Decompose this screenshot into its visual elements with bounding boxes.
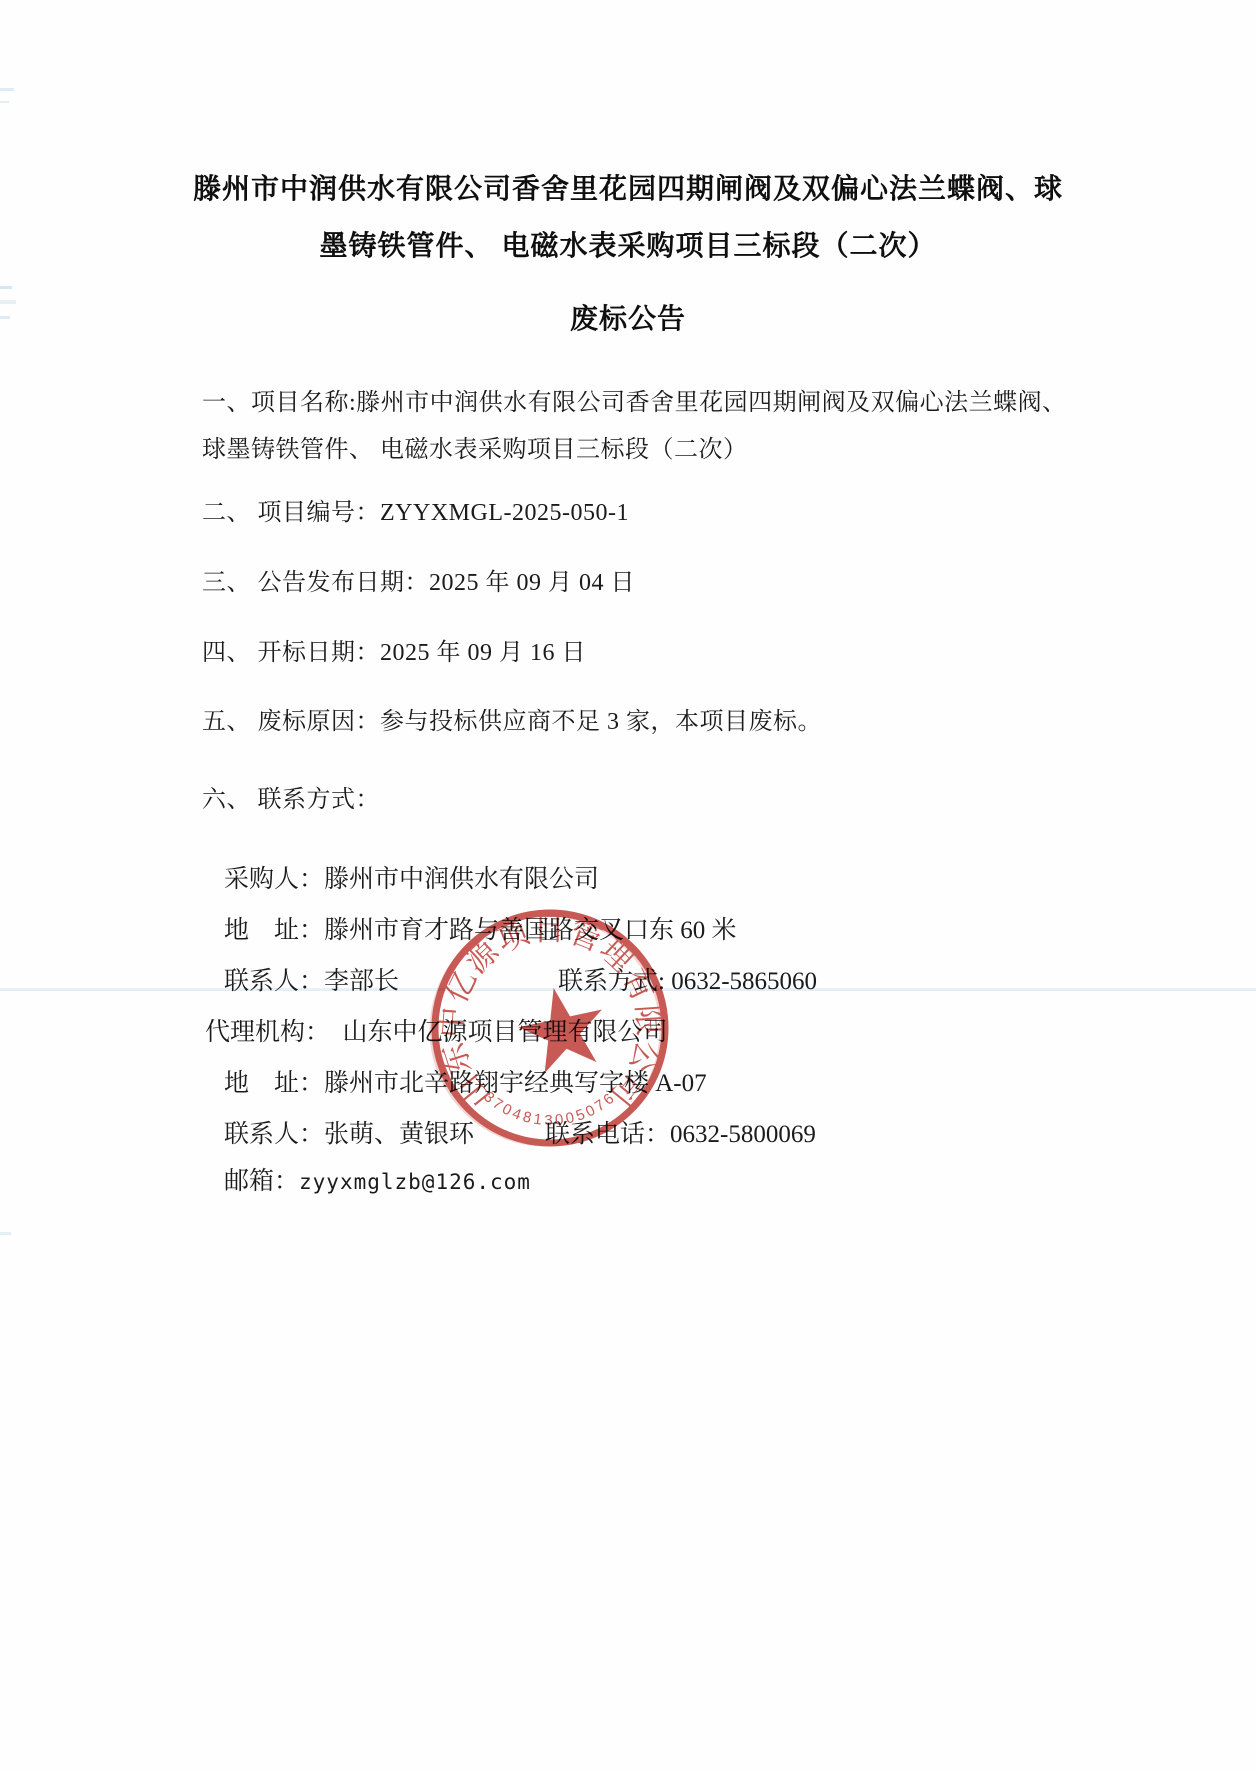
- svg-text:3704813005076: 3704813005076: [480, 1088, 619, 1129]
- scan-artifact: [0, 88, 14, 91]
- page: 滕州市中润供水有限公司香舍里花园四期闸阀及双偏心法兰蝶阀、球 墨铸铁管件、 电磁…: [0, 0, 1256, 1771]
- document-title-line-2: 墨铸铁管件、 电磁水表采购项目三标段（二次）: [0, 230, 1256, 264]
- item-bid-opening-date: 四、 开标日期：2025 年 09 月 16 日: [202, 639, 586, 668]
- item-project-name-line-1: 一、项目名称:滕州市中润供水有限公司香舍里花园四期闸阀及双偏心法兰蝶阀、: [202, 389, 1067, 418]
- document-title-line-1: 滕州市中润供水有限公司香舍里花园四期闸阀及双偏心法兰蝶阀、球: [0, 173, 1256, 207]
- document-subtitle: 废标公告: [0, 303, 1256, 337]
- scan-artifact: [0, 1232, 11, 1235]
- email-label: 邮箱：: [224, 1168, 299, 1195]
- item-announcement-date: 三、 公告发布日期：2025 年 09 月 04 日: [202, 569, 635, 598]
- purchaser-contact-person: 联系人：李部长: [224, 967, 399, 997]
- item-contact-heading: 六、 联系方式：: [202, 786, 380, 815]
- item-cancellation-reason: 五、 废标原因：参与投标供应商不足 3 家，本项目废标。: [202, 708, 822, 737]
- company-seal: 山东中亿源项目管理有限公司 3704813005076: [400, 878, 700, 1178]
- scan-artifact: [0, 286, 12, 289]
- item-project-number: 二、 项目编号：ZYYXMGL-2025-050-1: [202, 499, 629, 528]
- item-project-name-line-2: 球墨铸铁管件、 电磁水表采购项目三标段（二次）: [202, 436, 748, 465]
- seal-star-icon: [512, 979, 613, 1076]
- scan-artifact: [0, 101, 9, 103]
- seal-serial-number: 3704813005076: [480, 1088, 619, 1129]
